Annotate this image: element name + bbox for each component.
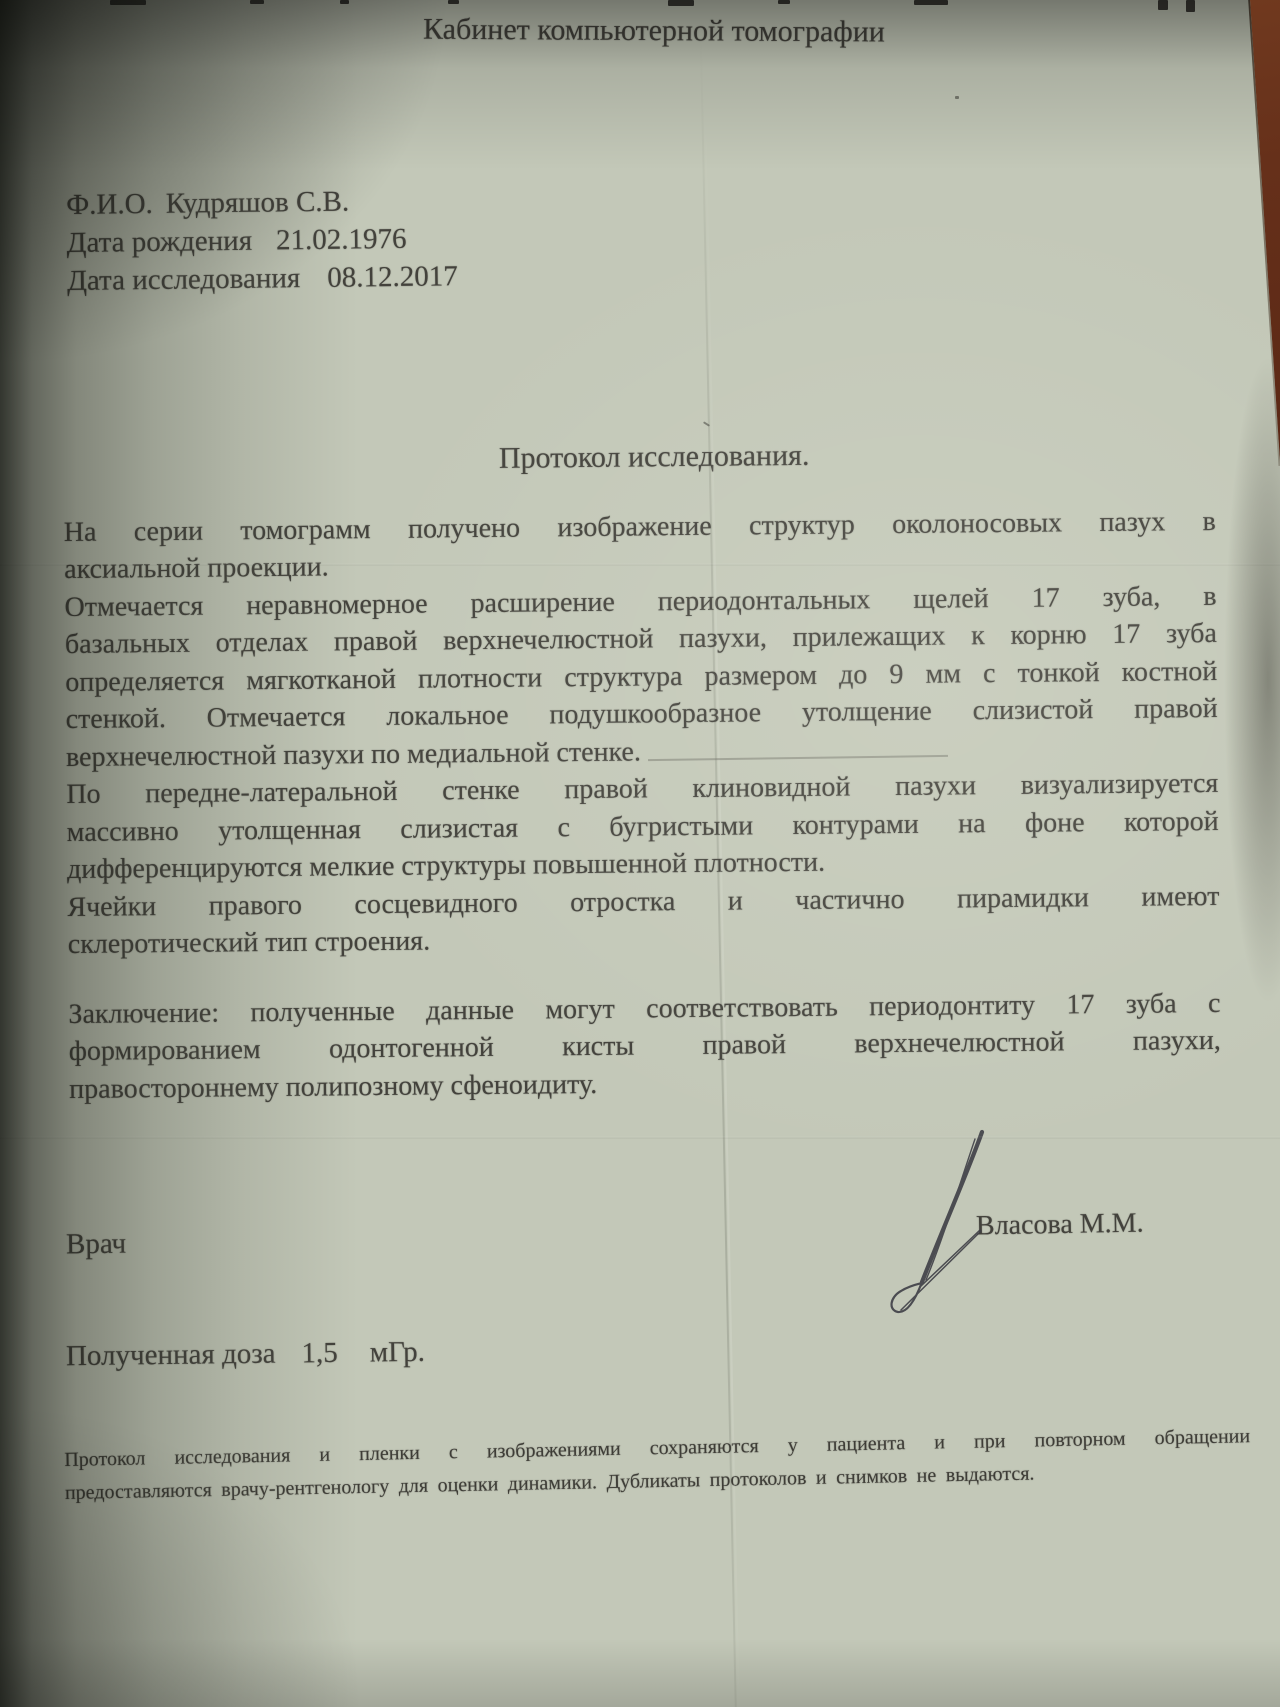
- clipped-text-fragment: [1186, 0, 1195, 12]
- doctor-signature: [0, 0, 1280, 1707]
- clipped-text-fragment: [250, 0, 264, 4]
- clipped-text-fragment: [778, 0, 790, 4]
- clipped-text-fragment: [668, 0, 694, 6]
- clipped-text-fragment: [448, 0, 459, 4]
- clipped-text-fragment: [340, 0, 349, 4]
- paper-speck: [955, 96, 959, 99]
- clipped-text-fragment: [110, 0, 146, 5]
- clipped-text-fragment: [914, 0, 948, 5]
- document-photo: Кабинет компьютерной томографии Ф.И.О.Ку…: [0, 0, 1280, 1707]
- clipped-text-fragment: [1158, 0, 1168, 10]
- horizontal-crease: [0, 1136, 1280, 1139]
- paper-sheet: Кабинет компьютерной томографии Ф.И.О.Ку…: [0, 0, 1280, 1707]
- horizontal-crease: [0, 563, 1280, 566]
